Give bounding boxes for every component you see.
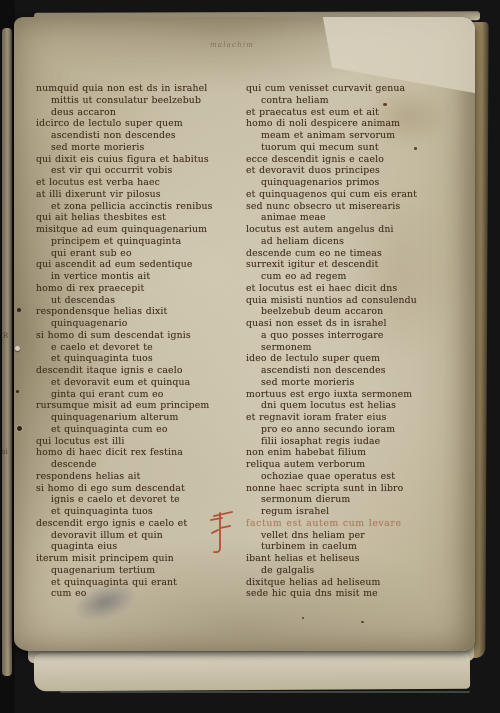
text-line: at illi dixerunt vir pilosus [36,189,248,201]
text-line: idcirco de lectulo super quem [36,118,248,130]
text-line: quinquagenario [36,318,248,330]
text-line: qui ascendit ad eum sedentique [36,259,248,271]
text-line: mortuus est ergo iuxta sermonem [246,389,452,401]
text-line: e caelo et devoret te [36,342,248,354]
text-line: contra heliam [246,95,452,107]
text-line: non enim habebat filium [246,447,452,459]
text-line: principem et quinquaginta [36,236,248,248]
text-line: ecce descendit ignis e caelo [246,154,452,166]
under-leaf-bottom-page [34,651,470,692]
text-line: ut descendas [36,295,248,307]
text-line: est vir qui occurrit vobis [36,165,248,177]
parchment-page: malachim numquid quia non est ds in isra… [14,17,475,651]
text-line: mittis ut consulatur beelzebub [36,95,248,107]
text-line: et devoravit duos principes [246,165,452,177]
text-line: numquid quia non est ds in israhel [36,83,248,95]
binding-hole [15,346,20,351]
text-line: sermonem [246,342,452,354]
manuscript-photo: R si malachim numquid quia non est ds in… [0,0,500,713]
text-line: a quo posses interrogare [246,330,452,342]
text-line: surrexit igitur et descendit [246,259,452,271]
text-line: qui locutus est illi [36,436,248,448]
decorated-initial-F [209,509,237,555]
text-line: deus accaron [36,107,248,119]
text-line: respondens helias ait [36,471,248,483]
binding-hole [16,390,19,393]
binding-hole [17,308,21,312]
text-line: factum est autem cum levare [246,518,452,530]
text-line: si homo di ego sum descendat [36,483,248,495]
text-line: homo di rex praecepit [36,283,248,295]
text-line: animae meae [246,212,452,224]
facing-page-edge: R si [2,28,12,676]
text-line: sed morte morieris [36,142,248,154]
text-line: dixitque helias ad heliseum [246,577,452,589]
text-line: filii iosaphat regis iudae [246,436,452,448]
text-line: locutus est autem angelus dni [246,224,452,236]
text-line: et quinquaginta qui erant [36,577,248,589]
text-line: ginta qui erant cum eo [36,389,248,401]
text-line: sed nunc obsecro ut miserearis [246,201,452,213]
text-line: et regnavit ioram frater eius [246,412,452,424]
text-line: sed morte morieris [246,377,452,389]
text-line: vellet dns heliam per [246,530,452,542]
text-line: cum eo [36,588,248,600]
text-line: quia misisti nuntios ad consulendu [246,295,452,307]
text-column-right: qui cum venisset curvavit genuacontra he… [246,83,452,600]
text-line: et praecatus est eum et ait [246,107,452,119]
text-line: descende cum eo ne timeas [246,248,452,260]
text-line: si homo di sum descendat ignis [36,330,248,342]
text-line: quinquagenarios primos [246,177,452,189]
text-line: qui dixit eis cuius figura et habitus [36,154,248,166]
text-line: ideo de lectulo super quem [246,353,452,365]
text-line: pro eo anno secundo ioram [246,424,452,436]
text-line: ochoziae quae operatus est [246,471,452,483]
text-line: qui erant sub eo [36,248,248,260]
running-title: malachim [210,41,254,49]
text-line: descendit itaque ignis e caelo [36,365,248,377]
binding-gutter: R si [0,0,15,713]
text-line: misitque ad eum quinquagenarium [36,224,248,236]
text-line: ignis e caelo et devoret te [36,494,248,506]
speck [302,617,304,619]
text-line: qui cum venisset curvavit genua [246,83,452,95]
text-line: quasi non esset ds in israhel [246,318,452,330]
text-line: et quinquaginta cum eo [36,424,248,436]
text-line: descende [36,459,248,471]
offset-text-fragment: R [3,332,8,340]
board-edge-highlight [60,691,470,693]
text-line: sede hic quia dns misit me [246,588,452,600]
text-line: et quinquaginta tuos [36,353,248,365]
text-line: homo di noli despicere animam [246,118,452,130]
text-line: et locutus est verba haec [36,177,248,189]
text-line: ascendisti non descendes [246,365,452,377]
text-line: quinquagenarium alterum [36,412,248,424]
text-line: de galgalis [246,565,452,577]
text-line: turbinem in caelum [246,541,452,553]
text-line: ibant helias et heliseus [246,553,452,565]
text-line: beelzebub deum accaron [246,306,452,318]
text-line: qui ait helias thesbites est [36,212,248,224]
text-line: dni quem locutus est helias [246,400,452,412]
text-line: et locutus est ei haec dicit dns [246,283,452,295]
text-line: ascendisti non descendes [36,130,248,142]
text-line: regum israhel [246,506,452,518]
text-line: respondensque helias dixit [36,306,248,318]
text-line: tuorum qui mecum sunt [246,142,452,154]
text-line: reliqua autem verborum [246,459,452,471]
text-line: et quinquagenos qui cum eis erant [246,189,452,201]
speck [361,621,364,623]
offset-text-fragment: si [2,448,8,456]
text-line: sermonum dierum [246,494,452,506]
text-line: meam et animam servorum [246,130,452,142]
text-line: rursumque misit ad eum principem [36,400,248,412]
text-line: in vertice montis ait [36,271,248,283]
text-line: nonne haec scripta sunt in libro [246,483,452,495]
text-line: quagenarium tertium [36,565,248,577]
text-line: cum eo ad regem [246,271,452,283]
binding-hole [17,426,22,431]
text-line: homo di haec dicit rex festina [36,447,248,459]
text-line: et zona pellicia accinctis renibus [36,201,248,213]
text-line: ad heliam dicens [246,236,452,248]
text-line: et devoravit eum et quinqua [36,377,248,389]
